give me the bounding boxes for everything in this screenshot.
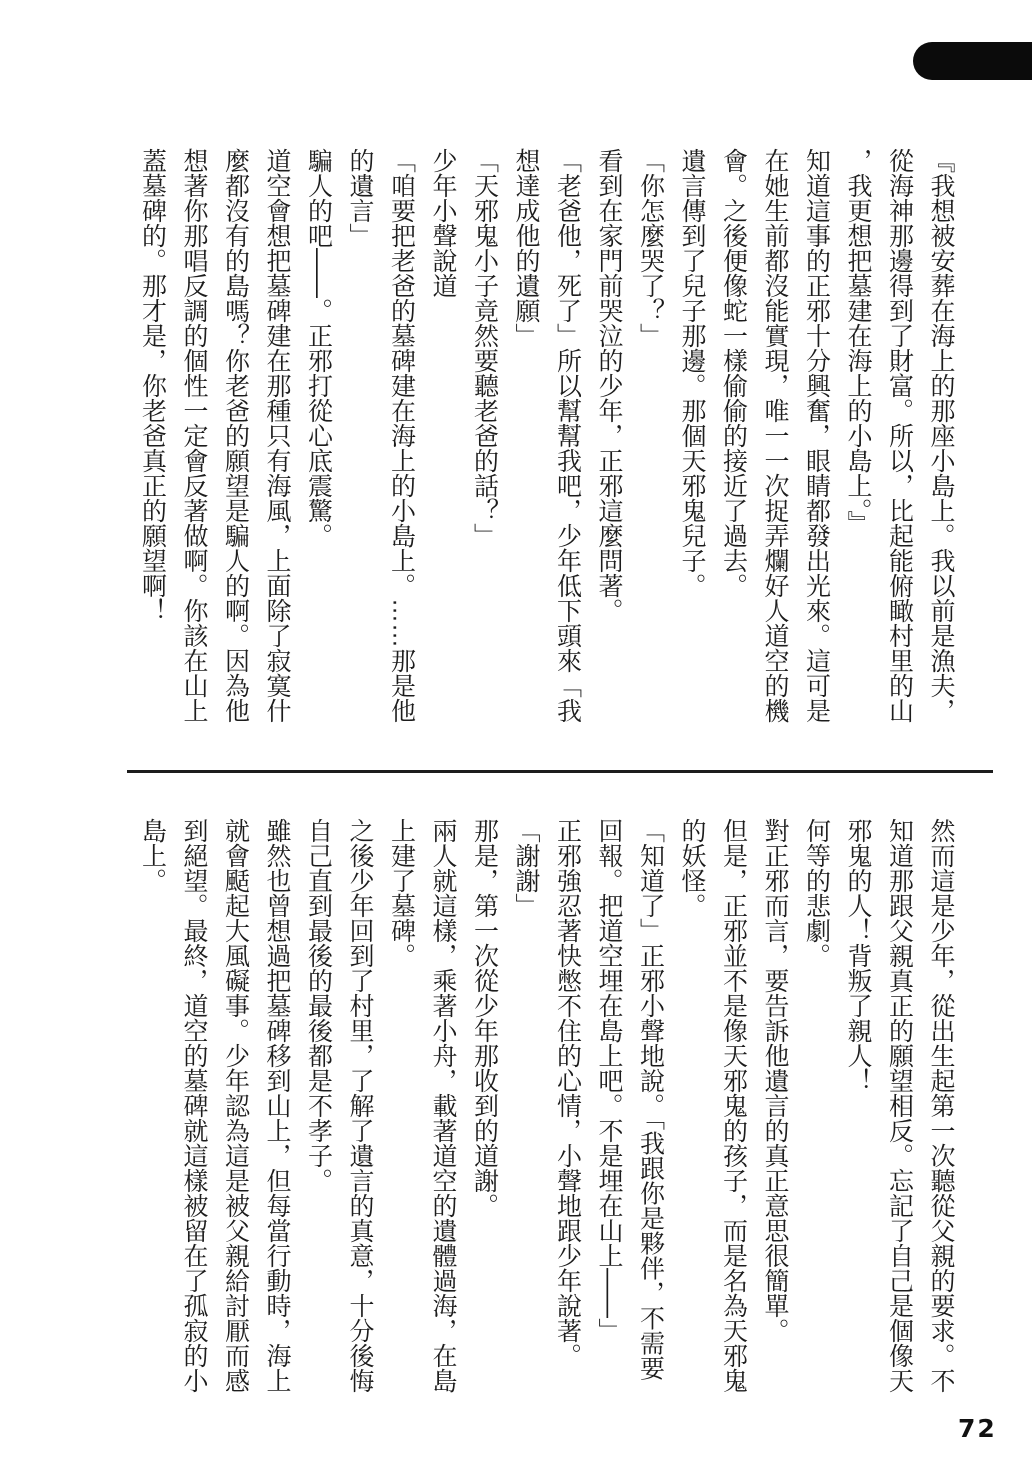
corner-tab-graphic [913,42,1032,80]
text-column: 之後少年回到了村里，了解了遺言的真意，十分後悔 [339,818,381,1396]
text-column: 那是，第一次從少年那收到的道謝。 [463,818,505,1396]
upper-text-block: 『我想被安葬在海上的那座小島上。我以前是漁夫， 從海神那邊得到了財富。所以，比起… [131,148,961,726]
text-column: 麼都沒有的島嗎？你老爸的願望是騙人的啊。因為他 [214,148,256,726]
text-column: 知道這事的正邪十分興奮，眼睛都發出光來。這可是 [795,148,837,726]
text-column: 的妖怪。 [671,818,713,1396]
text-column: 從海神那邊得到了財富。所以，比起能俯瞰村里的山 [878,148,920,726]
text-column: 「老爸他，死了」所以幫幫我吧，少年低下頭來「我 [546,148,588,726]
text-column: 「謝謝」 [505,818,547,1396]
text-column: 「天邪鬼小子竟然要聽老爸的話？」 [463,148,505,726]
text-column: 島上。 [131,818,173,1396]
text-column: 然而這是少年，從出生起第一次聽從父親的要求。不 [920,818,962,1396]
text-column: 「知道了」正邪小聲地說。「我跟你是夥伴，不需要 [629,818,671,1396]
text-column: 兩人就這樣，乘著小舟，載著道空的遺體過海，在島 [422,818,464,1396]
text-column: 到絕望。最終，道空的墓碑就這樣被留在了孤寂的小 [173,818,215,1396]
text-column: 看到在家門前哭泣的少年，正邪這麼問著。 [588,148,630,726]
text-column: 雖然也曾想過把墓碑移到山上，但每當行動時，海上 [256,818,298,1396]
text-column: 正邪強忍著快憋不住的心情，小聲地跟少年說著。 [546,818,588,1396]
text-column: 會。之後便像蛇一樣偷偷的接近了過去。 [712,148,754,726]
text-column: 想著你那唱反調的個性一定會反著做啊。你該在山上 [173,148,215,726]
text-column: 上建了墓碑。 [380,818,422,1396]
text-column: 何等的悲劇。 [795,818,837,1396]
text-column: 但是，正邪並不是像天邪鬼的孩子，而是名為天邪鬼 [712,818,754,1396]
text-column: 「咱要把老爸的墓碑建在海上的小島上。……那是他 [380,148,422,726]
text-column: 的遺言」 [339,148,381,726]
text-column: 自己直到最後的最後都是不孝子。 [297,818,339,1396]
text-column: 道空會想把墓碑建在那種只有海風，上面除了寂寞什 [256,148,298,726]
text-column: 邪鬼的人！背叛了親人！ [837,818,879,1396]
text-column: 對正邪而言，要告訴他遺言的真正意思很簡單。 [754,818,796,1396]
text-column: 知道那跟父親真正的願望相反。忘記了自己是個像天 [878,818,920,1396]
book-page: 『我想被安葬在海上的那座小島上。我以前是漁夫， 從海神那邊得到了財富。所以，比起… [0,0,1032,1473]
text-column: 想達成他的遺願」 [505,148,547,726]
text-column: 回報。把道空埋在島上吧。不是埋在山上——」 [588,818,630,1396]
text-column: 「你怎麼哭了？」 [629,148,671,726]
text-column: 就會颳起大風礙事。少年認為這是被父親給討厭而感 [214,818,256,1396]
text-column: 騙人的吧——。正邪打從心底震驚。 [297,148,339,726]
section-divider [127,770,993,773]
lower-text-block: 然而這是少年，從出生起第一次聽從父親的要求。不 知道那跟父親真正的願望相反。忘記… [131,818,961,1396]
page-number: 72 [958,1414,997,1443]
text-column: 遺言傳到了兒子那邊。那個天邪鬼兒子。 [671,148,713,726]
text-column: 蓋墓碑的。那才是，你老爸真正的願望啊！ [131,148,173,726]
text-column: 在她生前都沒能實現，唯一一次捉弄爛好人道空的機 [754,148,796,726]
text-column: 少年小聲說道 [422,148,464,726]
text-column: ，我更想把墓建在海上的小島上。』 [837,148,879,726]
text-column: 『我想被安葬在海上的那座小島上。我以前是漁夫， [920,148,962,726]
